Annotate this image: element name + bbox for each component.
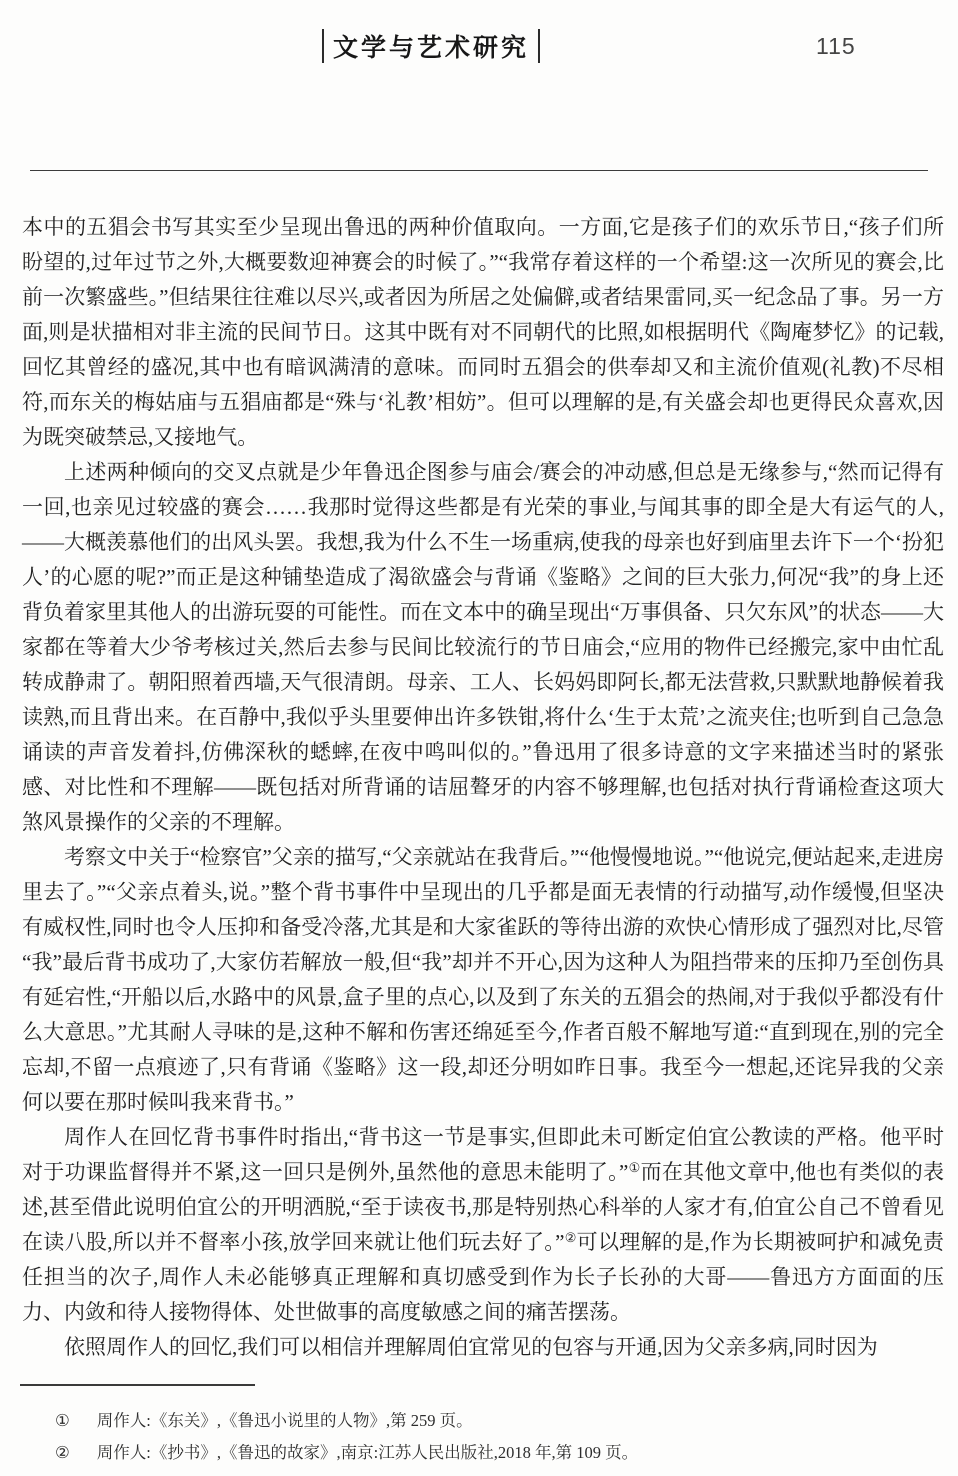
footnote-marker-2: ② bbox=[55, 1437, 70, 1469]
article-body: 本中的五猖会书写其实至少呈现出鲁迅的两种价值取向。一方面,它是孩子们的欢乐节日,… bbox=[22, 210, 944, 1365]
footnote-item-1: ① 周作人:《东关》,《鲁迅小说里的人物》,第 259 页。 bbox=[55, 1405, 937, 1437]
footnote-marker-1: ① bbox=[55, 1405, 70, 1437]
body-paragraph-2: 上述两种倾向的交叉点就是少年鲁迅企图参与庙会/赛会的冲动感,但总是无缘参与,“然… bbox=[22, 455, 944, 840]
body-paragraph-5: 依照周作人的回忆,我们可以相信并理解周伯宜常见的包容与开通,因为父亲多病,同时因… bbox=[22, 1330, 944, 1365]
footnote-text-2: 周作人:《抄书》,《鲁迅的故家》,南京:江苏人民出版社,2018 年,第 109… bbox=[97, 1437, 937, 1469]
body-paragraph-1: 本中的五猖会书写其实至少呈现出鲁迅的两种价值取向。一方面,它是孩子们的欢乐节日,… bbox=[22, 210, 944, 455]
header-right-bar bbox=[538, 29, 540, 63]
journal-page: 文学与艺术研究 115 本中的五猖会书写其实至少呈现出鲁迅的两种价值取向。一方面… bbox=[0, 0, 958, 1476]
running-head: 文学与艺术研究 bbox=[322, 28, 540, 64]
footnote-ref-2: ② bbox=[564, 1230, 576, 1245]
journal-section-title: 文学与艺术研究 bbox=[333, 28, 529, 64]
page-number: 115 bbox=[816, 33, 856, 60]
footnote-item-2: ② 周作人:《抄书》,《鲁迅的故家》,南京:江苏人民出版社,2018 年,第 1… bbox=[55, 1437, 937, 1469]
header-rule bbox=[30, 170, 928, 171]
body-paragraph-3: 考察文中关于“检察官”父亲的描写,“父亲就站在我背后。”“他慢慢地说。”“他说完… bbox=[22, 840, 944, 1120]
footnote-separator-rule bbox=[20, 1384, 255, 1386]
footnote-text-1: 周作人:《东关》,《鲁迅小说里的人物》,第 259 页。 bbox=[97, 1405, 937, 1437]
footnotes: ① 周作人:《东关》,《鲁迅小说里的人物》,第 259 页。 ② 周作人:《抄书… bbox=[55, 1405, 937, 1469]
header-left-bar bbox=[322, 29, 324, 63]
body-paragraph-4: 周作人在回忆背书事件时指出,“背书这一节是事实,但即此未可断定伯宜公教读的严格。… bbox=[22, 1120, 944, 1330]
footnote-ref-1: ① bbox=[628, 1160, 640, 1175]
